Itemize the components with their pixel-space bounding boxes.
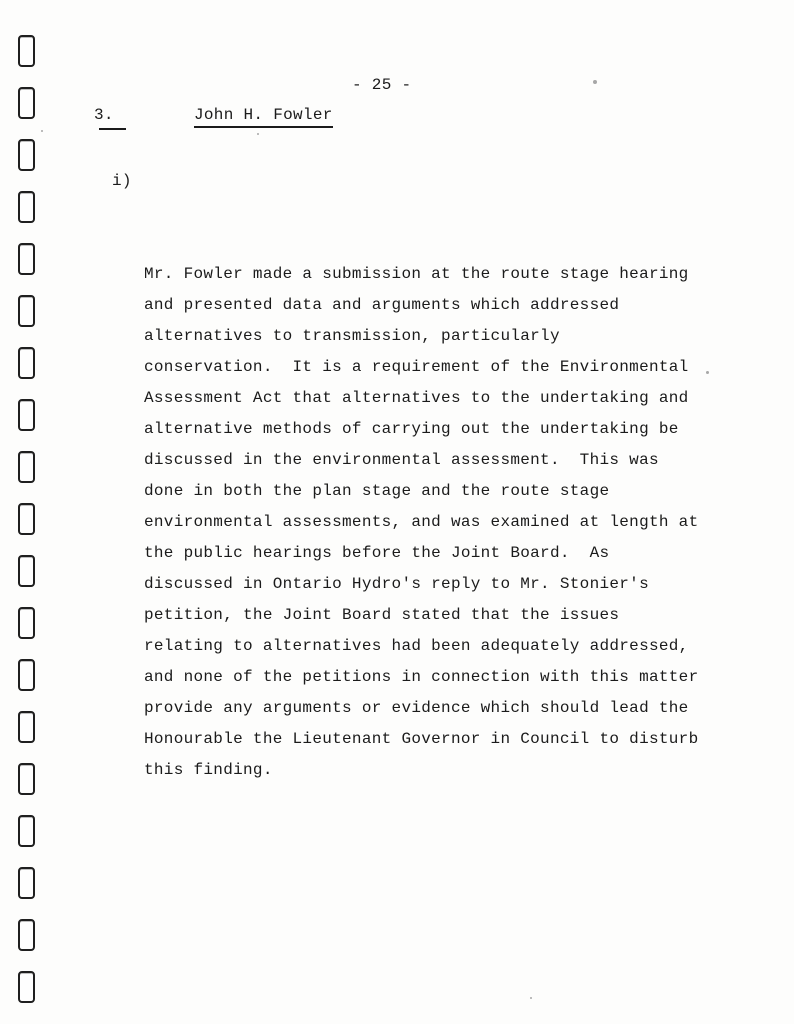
binder-hole <box>18 399 35 431</box>
text-line: provide any arguments or evidence which … <box>144 693 744 724</box>
section-title: John H. Fowler <box>194 106 333 128</box>
text-line: the public hearings before the Joint Boa… <box>144 538 744 569</box>
text-line: and none of the petitions in connection … <box>144 662 744 693</box>
binder-hole <box>18 35 35 67</box>
scan-speck <box>530 997 532 999</box>
scan-speck <box>593 80 597 84</box>
text-line: discussed in Ontario Hydro's reply to Mr… <box>144 569 744 600</box>
binder-hole <box>18 243 35 275</box>
text-line: done in both the plan stage and the rout… <box>144 476 744 507</box>
binder-hole <box>18 607 35 639</box>
text-line: discussed in the environmental assessmen… <box>144 445 744 476</box>
binder-hole <box>18 139 35 171</box>
text-line: and presented data and arguments which a… <box>144 290 744 321</box>
list-item-marker: i) <box>112 166 132 197</box>
binder-hole <box>18 555 35 587</box>
scan-speck <box>41 130 43 132</box>
document-page: - 25 - 3. John H. Fowler i) Mr. Fowler m… <box>0 0 794 1024</box>
binder-hole <box>18 347 35 379</box>
binder-hole <box>18 971 35 1003</box>
scan-speck <box>706 371 709 374</box>
text-line: relating to alternatives had been adequa… <box>144 631 744 662</box>
binder-hole <box>18 763 35 795</box>
paragraph: i) Mr. Fowler made a submission at the r… <box>144 166 744 848</box>
text-line: Mr. Fowler made a submission at the rout… <box>144 259 744 290</box>
text-line: conservation. It is a requirement of the… <box>144 352 744 383</box>
section-number-underline <box>99 128 126 130</box>
binder-hole <box>18 867 35 899</box>
text-line: environmental assessments, and was exami… <box>144 507 744 538</box>
binder-hole <box>18 191 35 223</box>
text-line: Honourable the Lieutenant Governor in Co… <box>144 724 744 755</box>
text-line: petition, the Joint Board stated that th… <box>144 600 744 631</box>
binder-hole <box>18 451 35 483</box>
binder-hole <box>18 815 35 847</box>
text-line: Assessment Act that alternatives to the … <box>144 383 744 414</box>
binder-hole <box>18 659 35 691</box>
section-number: 3. <box>94 106 114 124</box>
text-line: this finding. <box>144 755 744 786</box>
binder-hole <box>18 919 35 951</box>
page-number: - 25 - <box>352 76 411 94</box>
binder-hole <box>18 87 35 119</box>
text-line: alternative methods of carrying out the … <box>144 414 744 445</box>
text-line: alternatives to transmission, particular… <box>144 321 744 352</box>
scan-speck <box>257 133 259 135</box>
binder-hole <box>18 711 35 743</box>
binder-hole <box>18 503 35 535</box>
paragraph-lines: Mr. Fowler made a submission at the rout… <box>144 259 744 786</box>
binder-hole <box>18 295 35 327</box>
binder-holes <box>18 0 40 1024</box>
